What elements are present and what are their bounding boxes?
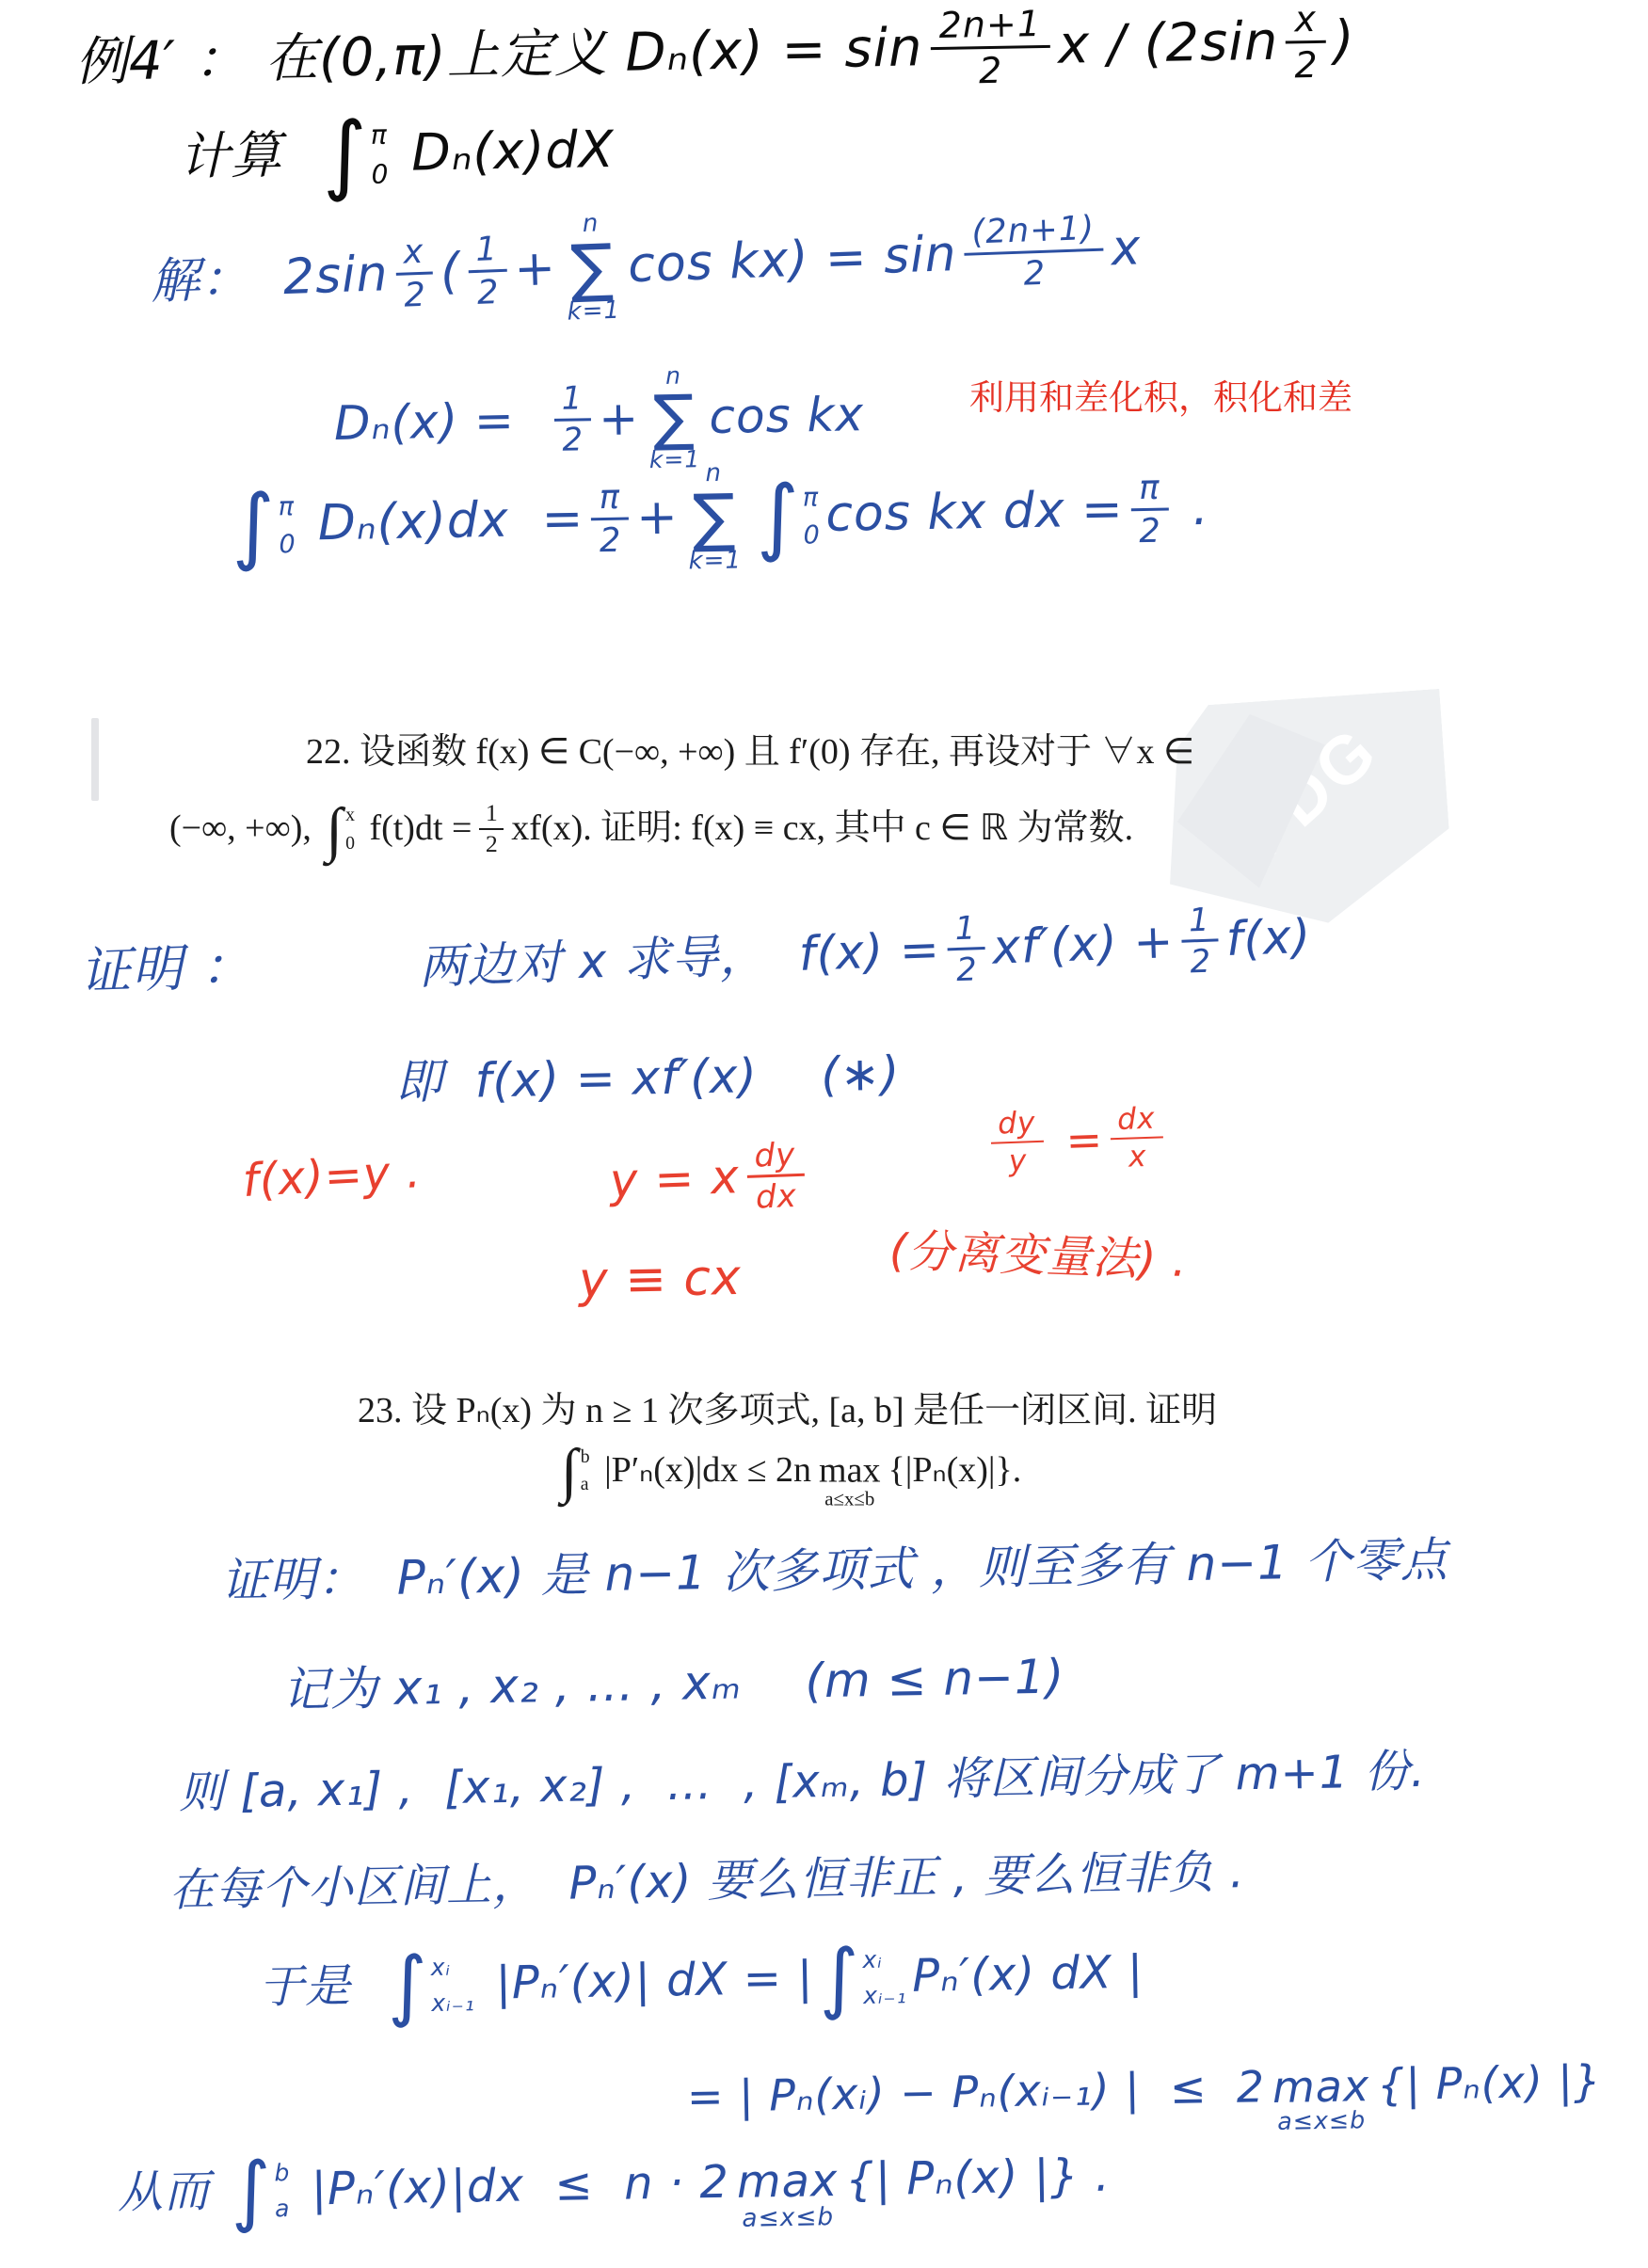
fraction-denominator: 2 [562, 421, 584, 458]
summation: n∑k=1 [648, 362, 700, 473]
fraction-denominator: 2 [1190, 942, 1212, 980]
fraction-numerator: 1 [553, 381, 591, 422]
problem-22-line1: 22. 设函数 f(x) ∈ C(−∞, +∞) 且 f′(0) 存在, 再设对… [306, 732, 1194, 774]
math-text: 于是 [259, 1960, 382, 2014]
max-operator: maxa≤x≤b [819, 1452, 880, 1509]
math-text: + [636, 489, 680, 547]
math-text: Dₙ(x) = [333, 393, 547, 451]
integral: ∫π0 [322, 117, 390, 191]
integral-upper-limit: xᵢ [862, 1949, 906, 1973]
fraction-denominator: 2 [955, 950, 978, 988]
max-underscript: a≤x≤b [1277, 2107, 1366, 2134]
integral-lower-limit: 0 [279, 532, 296, 557]
integral-symbol: ∫ [819, 1945, 861, 2011]
math-text: 解： 2sin [150, 247, 390, 311]
math-text: cos kx dx = [825, 482, 1124, 543]
integral: ∫π0 [756, 480, 822, 551]
max-underscript: a≤x≤b [742, 2203, 834, 2232]
math-text: |Pₙ′(x)| dX = | [480, 1953, 814, 2010]
fraction-denominator: 2 [404, 275, 427, 314]
integral-limits: π0 [803, 485, 821, 549]
fraction-numerator: dy [745, 1137, 804, 1179]
fraction: x2 [394, 233, 435, 314]
math-text: Pₙ′(x) dX | [912, 1947, 1144, 2003]
math-text: ) [1333, 11, 1355, 72]
math-text: y ≡ cx [578, 1251, 742, 1310]
fraction: (2n+1)2 [963, 210, 1105, 295]
integral-symbol: ∫ [322, 117, 369, 191]
math-text: Dₙ(x)dX [393, 120, 615, 183]
fraction: 12 [1180, 902, 1220, 980]
proof-23-line3: 则 [a, x₁] , [x₁, x₂] , … , [xₘ, b] 将区间分成… [179, 1746, 1427, 1819]
summation: n∑k=1 [687, 459, 743, 574]
fraction-denominator: 2 [486, 830, 498, 858]
math-text: 在每个小区间上， Pₙ′(x) 要么恒非正 , 要么恒非负 . [169, 1846, 1246, 1917]
integral-limits: π0 [371, 121, 390, 188]
integral-lower-limit: a [275, 2197, 291, 2221]
math-text: 计算 [178, 125, 316, 186]
integral-symbol: ∫ [561, 1445, 578, 1496]
max-word: max [819, 1452, 880, 1488]
proof-22-label: 证明 ： [79, 937, 253, 1001]
math-text: xf′(x) + [991, 915, 1175, 975]
math-text: 则 [a, x₁] , [x₁, x₂] , … , [xₘ, b] 将区间分成… [179, 1746, 1427, 1819]
integral-upper-limit: xᵢ [430, 1957, 474, 1981]
fraction: π2 [1130, 470, 1169, 551]
fraction-numerator: x [394, 233, 433, 276]
math-text: Dₙ(x)dx = [301, 491, 584, 552]
math-text: 22. 设函数 f(x) ∈ C(−∞, +∞) 且 f′(0) 存在, 再设对… [306, 732, 1194, 774]
integral-limits: xᵢxᵢ₋₁ [430, 1957, 474, 2016]
fraction-denominator: 2 [600, 520, 622, 559]
fraction: x2 [1285, 0, 1326, 86]
integral-upper-limit: b [274, 2162, 290, 2185]
integral-lower-limit: a [581, 1476, 590, 1494]
math-text: x [1111, 220, 1143, 278]
max-underscript: a≤x≤b [824, 1488, 874, 1509]
math-text: |Pₙ′(x)|dx ≤ n · 2 [296, 2157, 729, 2216]
fraction-denominator: x [1128, 1139, 1147, 1174]
integral-limits: π0 [278, 494, 296, 558]
math-text: f(t)dt = [360, 808, 472, 850]
example4-task-line: 计算 ∫π0 Dₙ(x)dX [178, 113, 615, 194]
summation-symbol: ∑ [652, 389, 696, 448]
fraction-numerator: 1 [1180, 902, 1219, 943]
integral: ∫ba [561, 1445, 590, 1496]
math-text: 即 f(x) = xf′(x) (∗) [394, 1047, 900, 1110]
integral: ∫xᵢxᵢ₋₁ [819, 1944, 907, 2011]
math-text: 证明： Pₙ′(x) 是 n−1 次多项式 ，则至多有 n−1 个零点 [220, 1533, 1448, 1608]
fraction: dyy [990, 1107, 1046, 1178]
integral-symbol: ∫ [231, 2158, 273, 2224]
math-text: cos kx [709, 388, 865, 444]
integral-upper-limit: π [371, 121, 389, 148]
integral-limits: x0 [345, 807, 355, 853]
integral-symbol: ∫ [231, 489, 276, 561]
math-text: + [513, 241, 557, 298]
proof-23-line1: 证明： Pₙ′(x) 是 n−1 次多项式 ，则至多有 n−1 个零点 [220, 1533, 1448, 1608]
math-text: {| Pₙ(x) |} [1377, 2056, 1603, 2110]
fraction-denominator: 2 [1023, 253, 1047, 293]
fraction-denominator: 2 [1139, 511, 1161, 550]
proof-23-line7: 从而 ∫ba |Pₙ′(x)|dx ≤ n · 2maxa≤x≤b{| Pₙ(x… [117, 2140, 1111, 2229]
integral-lower-limit: xᵢ₋₁ [431, 1991, 475, 2016]
integral-limits: ba [274, 2162, 291, 2221]
math-text: 从而 [118, 2165, 226, 2219]
notes-page: PDG 例4′ ： 在(0,π)上定义 Dₙ(x) = sin2n+12x / … [0, 0, 1648, 2268]
summation-symbol: ∑ [692, 487, 737, 548]
math-text: (−∞, +∞), [169, 808, 320, 850]
math-text: 例4′ ： 在(0,π)上定义 Dₙ(x) = sin [74, 19, 923, 94]
proof-23-line4: 在每个小区间上， Pₙ′(x) 要么恒非正 , 要么恒非负 . [169, 1846, 1246, 1917]
integral-lower-limit: xᵢ₋₁ [863, 1984, 907, 2008]
fraction-numerator: dx [1110, 1102, 1163, 1140]
math-text: xf(x). 证明: f(x) ≡ cx, 其中 c ∈ ℝ 为常数. [511, 808, 1133, 850]
integral: ∫ba [231, 2158, 292, 2224]
math-text: (分离变量法) . [888, 1225, 1189, 1287]
ode-solution: y ≡ cx [578, 1251, 742, 1310]
separated-equation: dyy =dxx [983, 1102, 1173, 1178]
summation-lower-limit: k=1 [688, 547, 742, 575]
integral: ∫π0 [231, 489, 296, 561]
integral: ∫x0 [326, 804, 355, 855]
math-text: x / (2sin [1057, 12, 1278, 76]
fraction: 2n+12 [930, 4, 1051, 92]
integral-lower-limit: 0 [371, 162, 389, 188]
fraction: 12 [479, 800, 504, 858]
problem-23-line1: 23. 设 Pₙ(x) 为 n ≥ 1 次多项式, [a, b] 是任一闭区间.… [358, 1391, 1217, 1432]
fraction-denominator: 2 [1294, 43, 1319, 86]
fraction: dydx [745, 1137, 806, 1216]
integral-symbol: ∫ [326, 804, 343, 855]
math-text: . [1176, 481, 1209, 537]
math-text: y = x [609, 1150, 741, 1208]
example4-title-line: 例4′ ： 在(0,π)上定义 Dₙ(x) = sin2n+12x / (2si… [74, 0, 1355, 106]
fraction-numerator: 1 [467, 231, 507, 273]
math-text: 记为 x₁ , x₂ , … , xₘ (m ≤ n−1) [281, 1650, 1064, 1717]
proof-22-line2: 即 f(x) = xf′(x) (∗) [394, 1047, 900, 1110]
math-text: cos kx) = sin [627, 227, 957, 295]
fraction-numerator: π [591, 479, 630, 521]
math-text: {|Pₙ(x)|}. [888, 1450, 1021, 1492]
integral-lower-limit: 0 [803, 523, 821, 549]
math-text: 利用和差化积，积化和差 [969, 378, 1352, 419]
integral-upper-limit: x [345, 807, 355, 825]
fraction: 12 [467, 231, 508, 311]
integral-limits: ba [581, 1448, 590, 1494]
max-word: max [736, 2158, 838, 2205]
math-text: = [1050, 1114, 1104, 1166]
integral-limits: xᵢxᵢ₋₁ [862, 1949, 906, 2008]
max-operator: maxa≤x≤b [1272, 2064, 1371, 2135]
fraction-denominator: y [1008, 1143, 1028, 1178]
fraction-numerator: 2n+1 [930, 4, 1050, 50]
scan-artifact-line [91, 718, 99, 801]
fraction-denominator: 2 [476, 272, 500, 311]
proof-23-line6: = | Pₙ(xᵢ) − Pₙ(xᵢ₋₁) | ≤ 2maxa≤x≤b{| Pₙ… [686, 2047, 1602, 2132]
fraction: dxx [1110, 1102, 1165, 1174]
integral-lower-limit: 0 [345, 835, 355, 854]
problem-23-line2: ∫ba |P′ₙ(x)|dx ≤ 2nmaxa≤x≤b{|Pₙ(x)|}. [555, 1442, 1021, 1499]
math-text: f(x) [1225, 910, 1312, 967]
fraction: 12 [553, 381, 592, 459]
problem-22-line2: (−∞, +∞), ∫x0 f(t)dt =12xf(x). 证明: f(x) … [169, 800, 1133, 858]
fraction-numerator: (2n+1) [963, 210, 1104, 256]
math-text: f(x)=y . [242, 1146, 424, 1207]
math-text: ( [440, 244, 461, 301]
integral-upper-limit: π [803, 485, 821, 510]
fraction: π2 [591, 479, 630, 560]
summation-symbol: ∑ [569, 236, 616, 298]
fraction: 12 [946, 910, 985, 988]
fraction-numerator: dy [990, 1107, 1044, 1144]
proof-23-line5: 于是 ∫xᵢxᵢ₋₁ |Pₙ′(x)| dX = |∫xᵢxᵢ₋₁Pₙ′(x) … [258, 1941, 1144, 2021]
integral: ∫xᵢxᵢ₋₁ [387, 1952, 475, 2019]
math-text: + [599, 391, 640, 446]
max-operator: maxa≤x≤b [736, 2158, 839, 2232]
math-text: 证明 ： [79, 937, 253, 1001]
solution-line3: ∫π0 Dₙ(x)dx =π2+n∑k=1∫π0cos kx dx =π2 . [225, 452, 1210, 583]
fraction-numerator: 1 [479, 800, 504, 830]
solution-line1: 解： 2sinx2(12+n∑k=1cos kx) = sin(2n+1)2x [149, 191, 1144, 340]
math-text: {| Pₙ(x) |} . [845, 2150, 1111, 2207]
proof-23-line2: 记为 x₁ , x₂ , … , xₘ (m ≤ n−1) [281, 1650, 1064, 1717]
red-annotation: 利用和差化积，积化和差 [969, 378, 1352, 419]
fraction-denominator: dx [755, 1177, 797, 1216]
math-text: 23. 设 Pₙ(x) 为 n ≥ 1 次多项式, [a, b] 是任一闭区间.… [358, 1391, 1217, 1432]
fraction-numerator: x [1285, 0, 1325, 44]
max-word: max [1272, 2064, 1370, 2109]
method-note: (分离变量法) . [888, 1225, 1189, 1287]
math-text: |P′ₙ(x)|dx ≤ 2n [596, 1450, 811, 1492]
math-text: 两边对 x 求导， f(x) = [418, 923, 941, 996]
math-text: = | Pₙ(xᵢ) − Pₙ(xᵢ₋₁) | ≤ 2 [687, 2063, 1266, 2123]
fraction-denominator: 2 [979, 49, 1003, 91]
integral-symbol: ∫ [756, 480, 801, 551]
integral-upper-limit: π [278, 494, 296, 519]
fraction-numerator: 1 [946, 910, 984, 951]
summation-lower-limit: k=1 [567, 296, 620, 326]
fraction-numerator: π [1130, 470, 1169, 512]
integral-upper-limit: b [581, 1448, 590, 1467]
substitution-note: f(x)=y . [242, 1146, 424, 1207]
integral-symbol: ∫ [387, 1953, 429, 2019]
proof-22-line1: 两边对 x 求导， f(x) =12xf′(x) +12f(x) [418, 899, 1313, 1007]
ode-line: y = xdydx [609, 1137, 813, 1221]
summation: n∑k=1 [564, 210, 621, 326]
